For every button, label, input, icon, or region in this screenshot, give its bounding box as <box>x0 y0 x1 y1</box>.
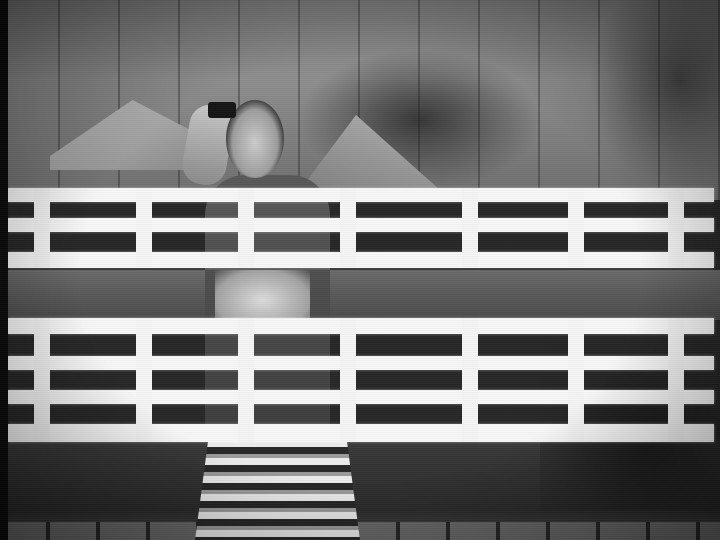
fence-rail <box>8 218 714 232</box>
fence-rail <box>8 390 714 404</box>
boardwalk <box>0 522 720 540</box>
fence-rail <box>8 424 714 442</box>
fence-rail <box>8 252 714 268</box>
film-still <box>0 0 720 540</box>
fence-post <box>238 188 254 268</box>
woman-striped-skirt <box>195 440 360 540</box>
camera <box>208 102 236 118</box>
foliage-band <box>0 270 720 320</box>
fence-post <box>34 188 50 268</box>
fence-post <box>136 318 152 442</box>
fence-post <box>668 318 684 442</box>
fence-post <box>340 318 356 442</box>
fence-post <box>340 188 356 268</box>
fence-rail <box>8 188 714 202</box>
fence-post <box>568 318 584 442</box>
fence-rail <box>8 356 714 370</box>
fence-post <box>462 188 478 268</box>
fence-post <box>136 188 152 268</box>
fence-rail <box>8 318 714 334</box>
fence-post <box>34 318 50 442</box>
fence-post <box>462 318 478 442</box>
fence-post <box>568 188 584 268</box>
fence-post <box>668 188 684 268</box>
frame-edge <box>0 0 8 540</box>
fence-post <box>238 318 254 442</box>
